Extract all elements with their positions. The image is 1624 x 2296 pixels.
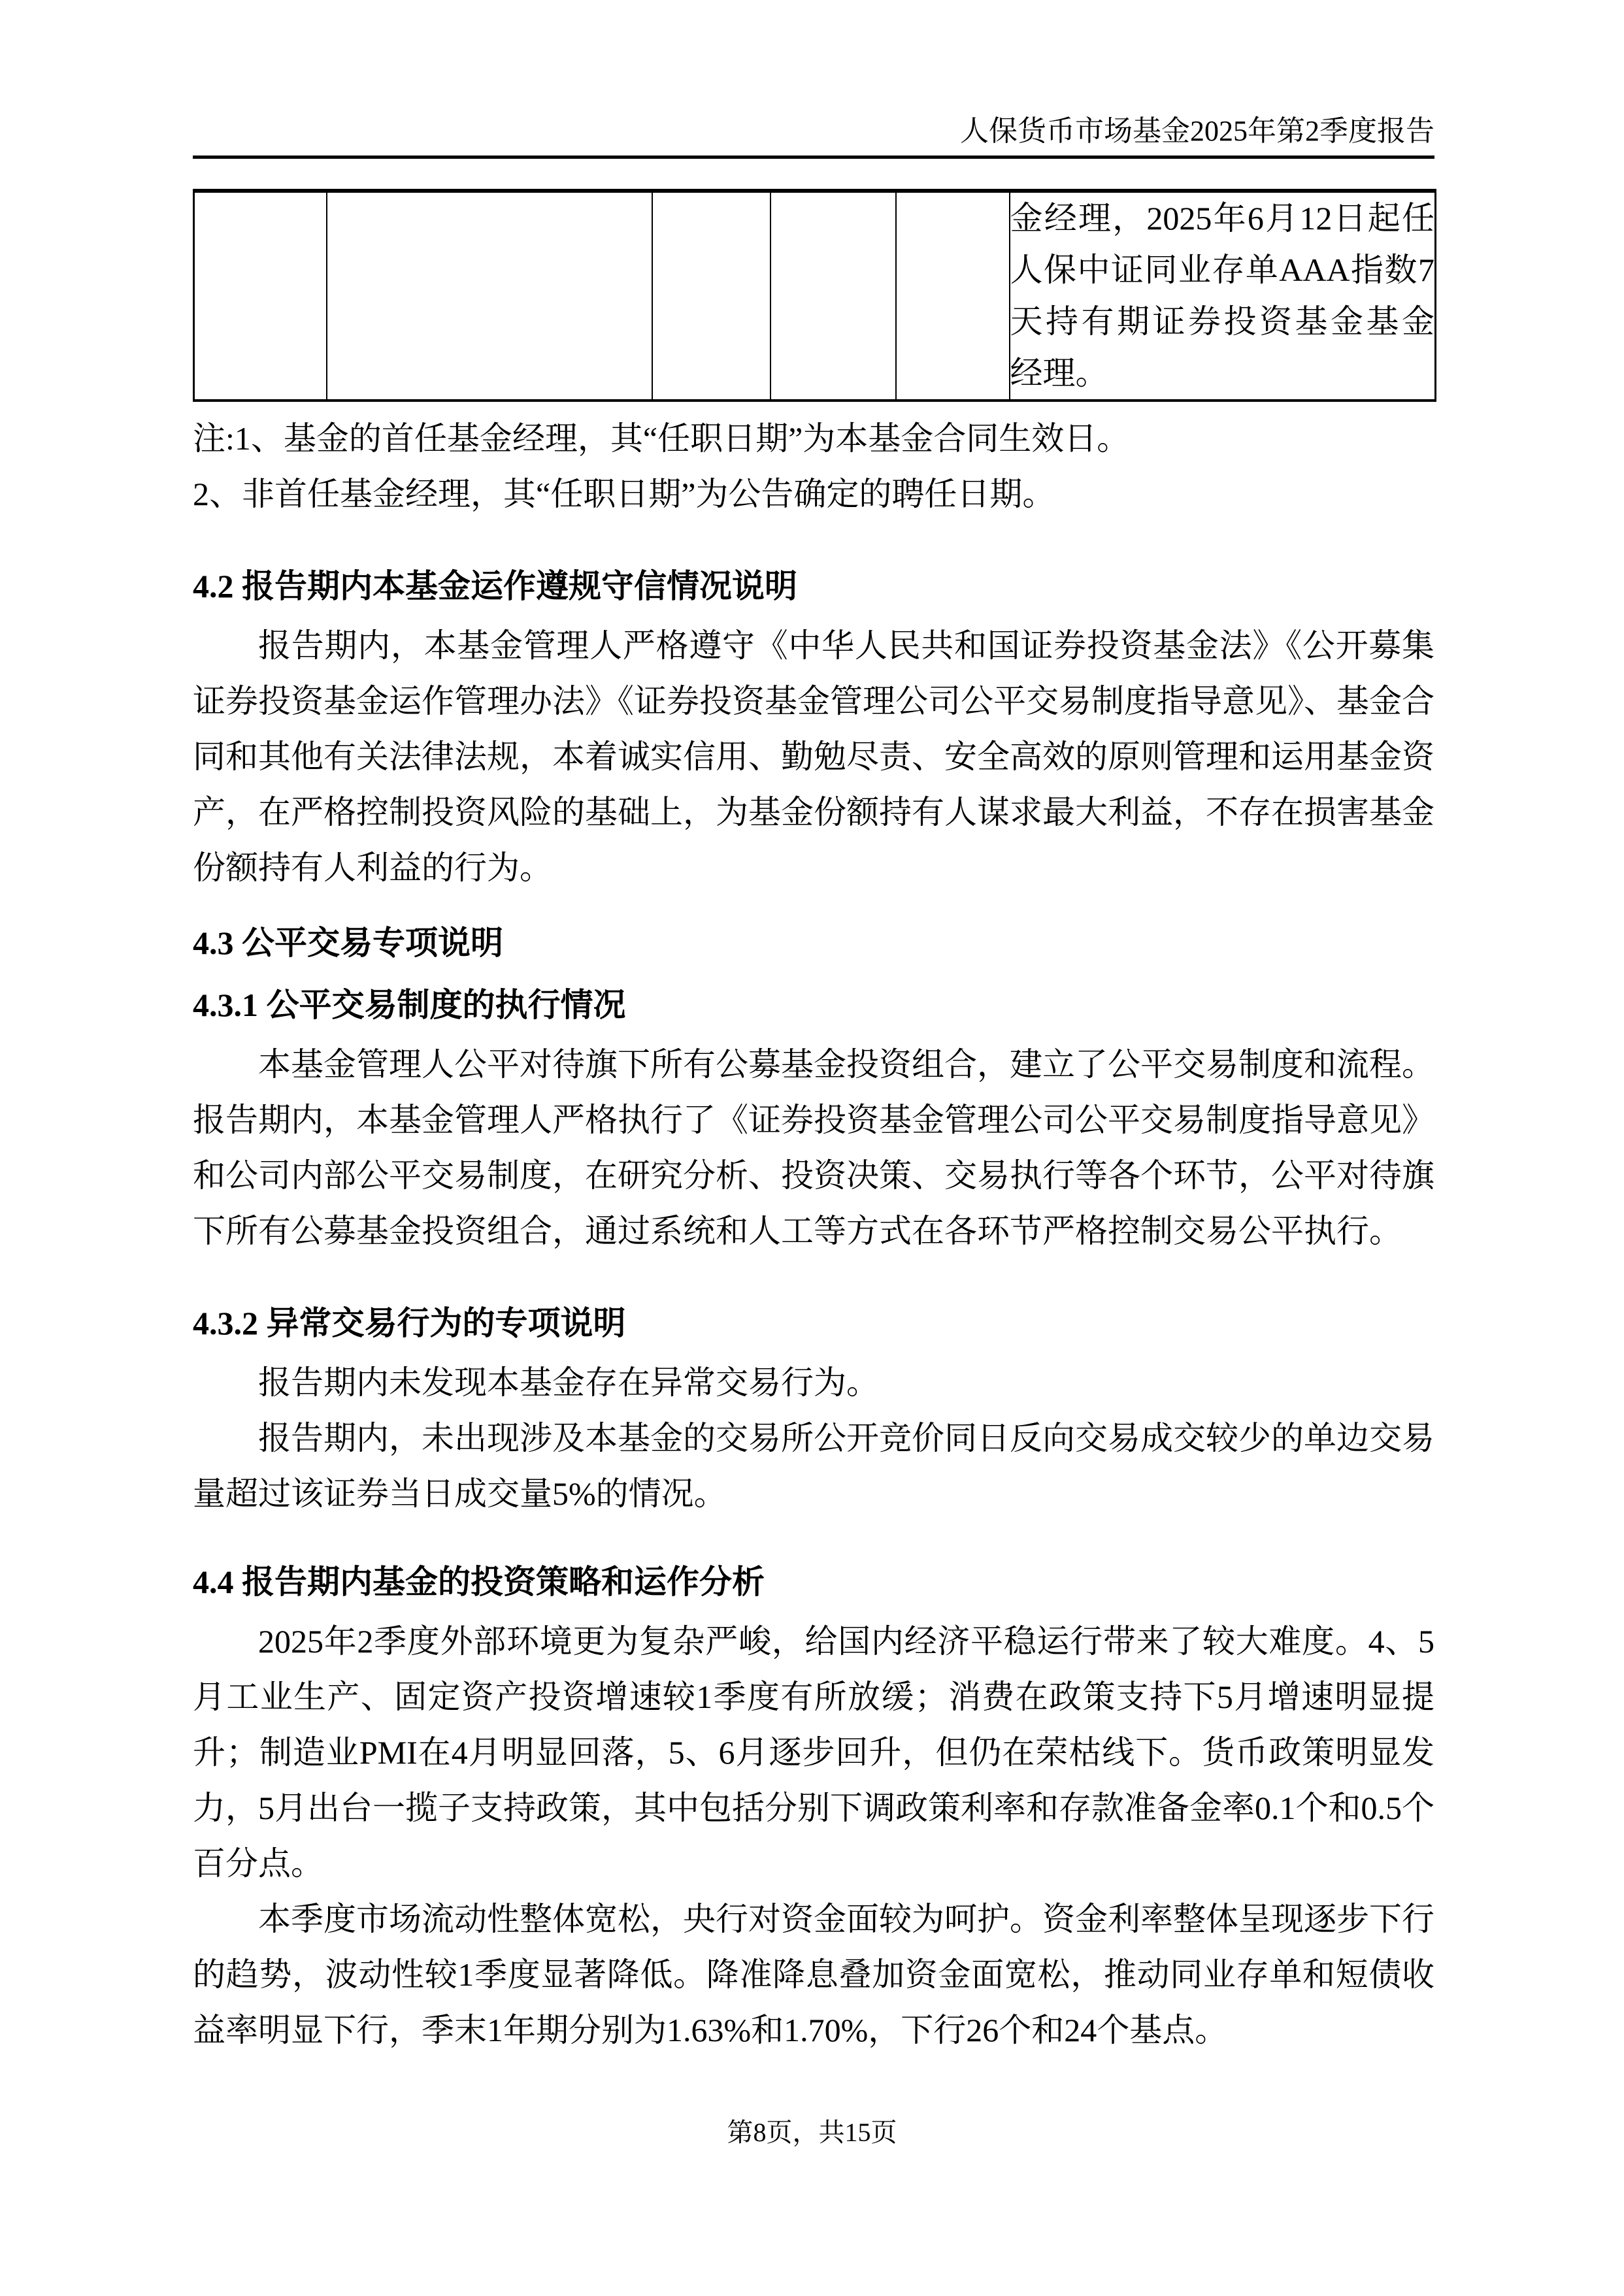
- section-4-4-heading: 4.4 报告期内基金的投资策略和运作分析: [193, 1554, 1434, 1610]
- section-4-3-1-paragraph: 本基金管理人公平对待旗下所有公募基金投资组合，建立了公平交易制度和流程。报告期内…: [193, 1037, 1434, 1259]
- section-4-2-heading: 4.2 报告期内本基金运作遵规守信情况说明: [193, 559, 1434, 614]
- section-4-3-1-heading: 4.3.1 公平交易制度的执行情况: [193, 977, 1434, 1033]
- table-notes: 注:1、基金的首任基金经理，其“任职日期”为本基金合同生效日。 2、非首任基金经…: [193, 411, 1434, 522]
- note-line-2: 2、非首任基金经理，其“任职日期”为公告确定的聘任日期。: [193, 467, 1434, 522]
- table-cell-5: [896, 191, 1010, 401]
- table-cell-3: [652, 191, 771, 401]
- section-4-3-2: 4.3.2 异常交易行为的专项说明 报告期内未发现本基金存在异常交易行为。 报告…: [193, 1296, 1434, 1522]
- table-cell-4: [771, 191, 896, 401]
- header-title: 人保货币市场基金2025年第2季度报告: [960, 115, 1434, 147]
- table-cell-1: [194, 191, 327, 401]
- fund-manager-table-fragment: 金经理，2025年6月12日起任人保中证同业存单AAA指数7天持有期证券投资基金…: [193, 189, 1436, 402]
- table-cell-manager-note: 金经理，2025年6月12日起任人保中证同业存单AAA指数7天持有期证券投资基金…: [1010, 191, 1436, 401]
- page-header: 人保货币市场基金2025年第2季度报告: [193, 0, 1434, 159]
- page-content: 人保货币市场基金2025年第2季度报告 金经理，2025年6月12日起任人保中证…: [193, 0, 1434, 2058]
- section-4-3-2-paragraph-1: 报告期内未发现本基金存在异常交易行为。: [193, 1355, 1434, 1411]
- note-line-1: 注:1、基金的首任基金经理，其“任职日期”为本基金合同生效日。: [193, 411, 1434, 467]
- section-4-4-paragraph-2: 本季度市场流动性整体宽松，央行对资金面较为呵护。资金利率整体呈现逐步下行的趋势，…: [193, 1892, 1434, 2058]
- section-4-3-2-heading: 4.3.2 异常交易行为的专项说明: [193, 1296, 1434, 1351]
- section-4-3-1: 4.3.1 公平交易制度的执行情况 本基金管理人公平对待旗下所有公募基金投资组合…: [193, 977, 1434, 1259]
- section-4-3-2-paragraph-2: 报告期内，未出现涉及本基金的交易所公开竞价同日反向交易成交较少的单边交易量超过该…: [193, 1411, 1434, 1522]
- page-footer: 第8页，共15页: [0, 2116, 1624, 2150]
- table-row: 金经理，2025年6月12日起任人保中证同业存单AAA指数7天持有期证券投资基金…: [194, 191, 1436, 401]
- section-4-3: 4.3 公平交易专项说明: [193, 915, 1434, 971]
- section-4-2: 4.2 报告期内本基金运作遵规守信情况说明 报告期内，本基金管理人严格遵守《中华…: [193, 559, 1434, 896]
- section-4-4-paragraph-1: 2025年2季度外部环境更为复杂严峻，给国内经济平稳运行带来了较大难度。4、5月…: [193, 1614, 1434, 1892]
- section-4-4: 4.4 报告期内基金的投资策略和运作分析 2025年2季度外部环境更为复杂严峻，…: [193, 1554, 1434, 2058]
- section-4-3-heading: 4.3 公平交易专项说明: [193, 915, 1434, 971]
- table-cell-2: [327, 191, 652, 401]
- report-page: 人保货币市场基金2025年第2季度报告 金经理，2025年6月12日起任人保中证…: [0, 0, 1624, 2296]
- section-4-2-paragraph: 报告期内，本基金管理人严格遵守《中华人民共和国证券投资基金法》《公开募集证券投资…: [193, 618, 1434, 896]
